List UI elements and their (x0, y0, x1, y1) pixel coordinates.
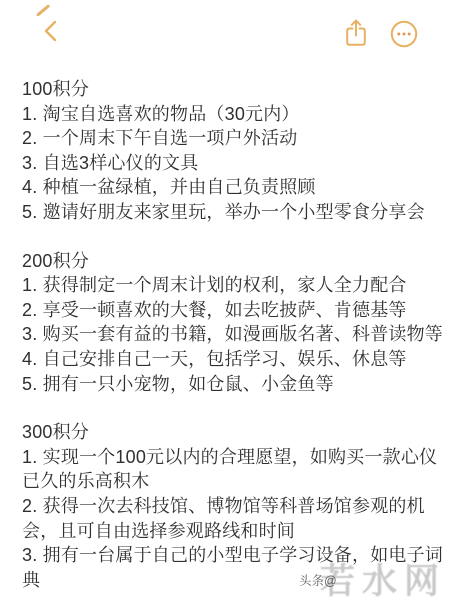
document-body: 100积分 1. 淘宝自选喜欢的物品（30元内） 2. 一个周末下午自选一项户外… (22, 77, 450, 592)
reward-item: 1. 淘宝自选喜欢的物品（30元内） (22, 102, 450, 127)
reward-item: 3. 自选3样心仪的文具 (22, 151, 450, 176)
reward-item: 2. 一个周末下午自选一项户外活动 (22, 126, 450, 151)
reward-item: 1. 实现一个100元以内的合理愿望，如购买一款心仪已久的乐高积木 (22, 445, 450, 494)
reward-section-100: 100积分 1. 淘宝自选喜欢的物品（30元内） 2. 一个周末下午自选一项户外… (22, 77, 450, 225)
reward-item: 3. 购买一套有益的书籍，如漫画版名著、科普读物等 (22, 322, 450, 347)
chevron-left-icon (42, 30, 58, 45)
share-button[interactable] (343, 18, 369, 47)
reward-item: 1. 获得制定一个周末计划的权利，家人全力配合 (22, 273, 450, 298)
more-options-button[interactable] (390, 20, 418, 48)
section-heading: 200积分 (22, 249, 450, 274)
watermark-site-name: 若水网 (320, 564, 446, 599)
reward-item: 4. 自己安排自己一天，包括学习、娱乐、休息等 (22, 347, 450, 372)
section-heading: 300积分 (22, 420, 450, 445)
slash-mark-icon (36, 4, 50, 16)
ellipsis-circle-icon (390, 36, 418, 51)
watermark-credit-text: 头条@ (299, 575, 337, 588)
app-canvas: 100积分 1. 淘宝自选喜欢的物品（30元内） 2. 一个周末下午自选一项户外… (0, 0, 450, 600)
back-button[interactable] (42, 20, 58, 42)
reward-item: 5. 拥有一只小宠物，如仓鼠、小金鱼等 (22, 372, 450, 397)
section-heading: 100积分 (22, 77, 450, 102)
reward-item: 2. 享受一顿喜欢的大餐，如去吃披萨、肯德基等 (22, 298, 450, 323)
reward-item: 5. 邀请好朋友来家里玩，举办一个小型零食分享会 (22, 200, 450, 225)
reward-section-200: 200积分 1. 获得制定一个周末计划的权利，家人全力配合 2. 享受一顿喜欢的… (22, 249, 450, 397)
reward-item: 4. 种植一盆绿植，并由自己负责照顾 (22, 175, 450, 200)
top-navigation-bar (0, 0, 450, 58)
reward-item: 2. 获得一次去科技馆、博物馆等科普场馆参观的机会，且可自由选择参观路线和时间 (22, 494, 450, 543)
share-ios-icon (343, 35, 369, 50)
